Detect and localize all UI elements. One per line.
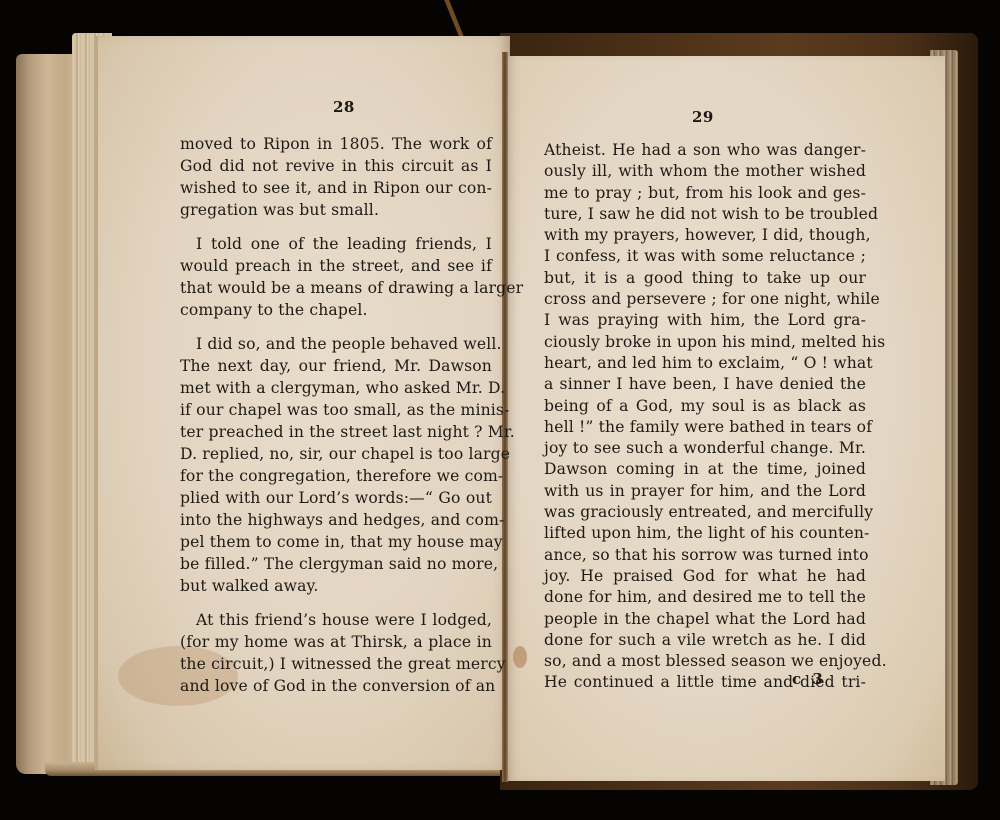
text-line: be filled.” The clergyman said no more, (180, 553, 492, 575)
text-line: met with a clergyman, who asked Mr. D. (180, 377, 492, 399)
text-line: The next day, our friend, Mr. Dawson (180, 355, 492, 377)
text-line: ter preached in the street last night ? … (180, 421, 492, 443)
text-line: Dawson coming in at the time, joined (544, 459, 866, 480)
text-line: At this friend’s house were I lodged, (180, 609, 492, 631)
paragraph: I did so, and the people behaved well. T… (180, 333, 492, 597)
paragraph: I told one of the leading friends, I wou… (180, 233, 492, 321)
text-line: wished to see it, and in Ripon our con- (180, 177, 492, 199)
text-line: gregation was but small. (180, 199, 492, 221)
text-line: company to the chapel. (180, 299, 492, 321)
right-page-text: Atheist. He had a son who was danger- ou… (544, 140, 866, 694)
paragraph: At this friend’s house were I lodged, (f… (180, 609, 492, 697)
text-line: ture, I saw he did not wish to be troubl… (544, 204, 866, 225)
text-line: but walked away. (180, 575, 492, 597)
text-line: would preach in the street, and see if (180, 255, 492, 277)
signature-mark: c 3 (792, 670, 826, 688)
text-line: I told one of the leading friends, I (180, 233, 492, 255)
text-line: done for him, and desired me to tell the (544, 587, 866, 608)
page-number-left: 28 (333, 98, 355, 116)
text-line: with us in prayer for him, and the Lord (544, 481, 866, 502)
text-line: people in the chapel what the Lord had (544, 609, 866, 630)
text-line: the circuit,) I witnessed the great merc… (180, 653, 492, 675)
text-line: plied with our Lord’s words:—“ Go out (180, 487, 492, 509)
text-line: a sinner I have been, I have denied the (544, 374, 866, 395)
text-line: heart, and led him to exclaim, “ O ! wha… (544, 353, 866, 374)
text-line: God did not revive in this circuit as I (180, 155, 492, 177)
text-line: ciously broke in upon his mind, melted h… (544, 332, 866, 353)
text-line: ance, so that his sorrow was turned into (544, 545, 866, 566)
text-line: was graciously entreated, and mercifully (544, 502, 866, 523)
text-line: (for my home was at Thirsk, a place in (180, 631, 492, 653)
text-line: and love of God in the conversion of an (180, 675, 492, 697)
text-line: cross and persevere ; for one night, whi… (544, 289, 866, 310)
text-line: done for such a vile wretch as he. I did (544, 630, 866, 651)
text-line: I did so, and the people behaved well. (180, 333, 492, 355)
text-line: I was praying with him, the Lord gra- (544, 310, 866, 331)
paragraph: moved to Ripon in 1805. The work of God … (180, 133, 492, 221)
paper-stain (513, 646, 527, 668)
text-line: for the congregation, therefore we com- (180, 465, 492, 487)
left-page-text: moved to Ripon in 1805. The work of God … (180, 133, 492, 697)
text-line: if our chapel was too small, as the mini… (180, 399, 492, 421)
text-line: ously ill, with whom the mother wished (544, 161, 866, 182)
text-line: with my prayers, however, I did, though, (544, 225, 866, 246)
page-number-right: 29 (692, 108, 714, 126)
text-line: moved to Ripon in 1805. The work of (180, 133, 492, 155)
text-line: that would be a means of drawing a large… (180, 277, 492, 299)
text-line: pel them to come in, that my house may (180, 531, 492, 553)
text-line: into the highways and hedges, and com- (180, 509, 492, 531)
text-line: hell !” the family were bathed in tears … (544, 417, 866, 438)
text-line: D. replied, no, sir, our chapel is too l… (180, 443, 492, 465)
text-line: lifted upon him, the light of his counte… (544, 523, 866, 544)
text-line: joy to see such a wonderful change. Mr. (544, 438, 866, 459)
text-line: being of a God, my soul is as black as (544, 396, 866, 417)
text-line: joy. He praised God for what he had (544, 566, 866, 587)
text-line: me to pray ; but, from his look and ges- (544, 183, 866, 204)
text-line: I confess, it was with some reluctance ; (544, 246, 866, 267)
text-line: Atheist. He had a son who was danger- (544, 140, 866, 161)
text-line: but, it is a good thing to take up our (544, 268, 866, 289)
